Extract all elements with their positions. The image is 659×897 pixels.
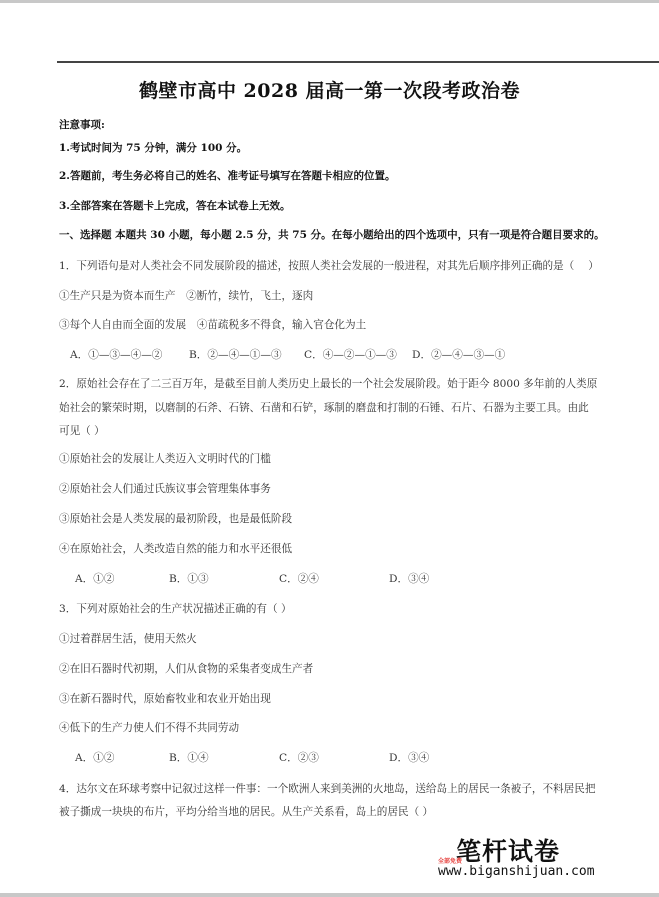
question-2-statement-4: ④在原始社会，人类改造自然的能力和水平还很低 xyxy=(59,541,292,556)
question-1-option-d: D．②—④—③—① xyxy=(412,347,505,362)
question-4-stem-line: 被子撕成一块块的布片，平均分给当地的居民。从生产关系看，岛上的居民（ ） xyxy=(59,804,433,819)
question-1-statement-line: ①生产只是为资本而生产 ②断竹，续竹，飞土，逐肉 xyxy=(59,288,313,303)
question-2-stem-line: 2．原始社会存在了二三百万年，是截至目前人类历史上最长的一个社会发展阶段。始于距… xyxy=(59,376,597,391)
question-1-option-a: A．①—③—④—② xyxy=(70,347,162,362)
bottom-edge-bar xyxy=(0,893,659,897)
question-2-stem-line: 始社会的繁荣时期，以磨制的石斧、石锛、石凿和石铲，琢制的磨盘和打制的石锤、石片、… xyxy=(59,400,589,415)
question-2-statement-3: ③原始社会是人类发展的最初阶段，也是最低阶段 xyxy=(59,511,292,526)
question-2-option-d: D．③④ xyxy=(389,571,429,586)
watermark-brand: 笔杆试卷 xyxy=(456,832,560,868)
notice-item-3: 3.全部答案在答题卡上完成，答在本试卷上无效。 xyxy=(59,198,290,213)
header-rule xyxy=(57,61,659,63)
question-1-option-b: B．②—④—①—③ xyxy=(189,347,282,362)
question-2-option-c: C．②④ xyxy=(279,571,319,586)
notice-heading: 注意事项: xyxy=(59,117,105,132)
question-1-statement-line: ③每个人自由而全面的发展 ④苗疏税多不得食，输入官仓化为土 xyxy=(59,317,366,332)
question-3-option-b: B．①④ xyxy=(169,750,209,765)
question-1-stem: 1．下列语句是对人类社会不同发展阶段的描述，按照人类社会发展的一般进程，对其先后… xyxy=(59,258,599,273)
question-2-statement-1: ①原始社会的发展让人类迈入文明时代的门槛 xyxy=(59,451,271,466)
question-2-option-a: A．①② xyxy=(75,571,114,586)
question-2-option-b: B．①③ xyxy=(169,571,209,586)
page-title: 鹤壁市高中 2028 届高一第一次段考政治卷 xyxy=(0,76,659,103)
watermark-logo: 笔杆试卷 全部免费 www.biganshijuan.com xyxy=(438,832,608,882)
question-3-option-d: D．③④ xyxy=(389,750,429,765)
question-3-statement-4: ④低下的生产力使人们不得不共同劳动 xyxy=(59,720,239,735)
notice-item-2: 2.答题前，考生务必将自己的姓名、准考证号填写在答题卡相应的位置。 xyxy=(59,168,395,183)
watermark-url: www.biganshijuan.com xyxy=(438,864,595,879)
top-edge-bar xyxy=(0,0,659,3)
question-3-statement-3: ③在新石器时代，原始畜牧业和农业开始出现 xyxy=(59,691,271,706)
question-3-option-a: A．①② xyxy=(75,750,114,765)
question-3-statement-2: ②在旧石器时代初期，人们从食物的采集者变成生产者 xyxy=(59,661,313,676)
question-2-stem-line: 可见（ ） xyxy=(59,423,105,438)
question-3-option-c: C．②③ xyxy=(279,750,319,765)
question-1-option-c: C．④—②—①—③ xyxy=(304,347,397,362)
notice-item-1: 1.考试时间为 75 分钟，满分 100 分。 xyxy=(59,140,247,155)
section-heading: 一、选择题 本题共 30 小题，每小题 2.5 分，共 75 分。在每小题给出的… xyxy=(59,227,605,242)
question-3-statement-1: ①过着群居生活，使用天然火 xyxy=(59,631,197,646)
question-4-stem-line: 4．达尔文在环球考察中记叙过这样一件事：一个欧洲人来到美洲的火地岛，送给岛上的居… xyxy=(59,781,595,796)
question-2-statement-2: ②原始社会人们通过氏族议事会管理集体事务 xyxy=(59,481,271,496)
question-3-stem: 3．下列对原始社会的生产状况描述正确的有（ ） xyxy=(59,601,292,616)
